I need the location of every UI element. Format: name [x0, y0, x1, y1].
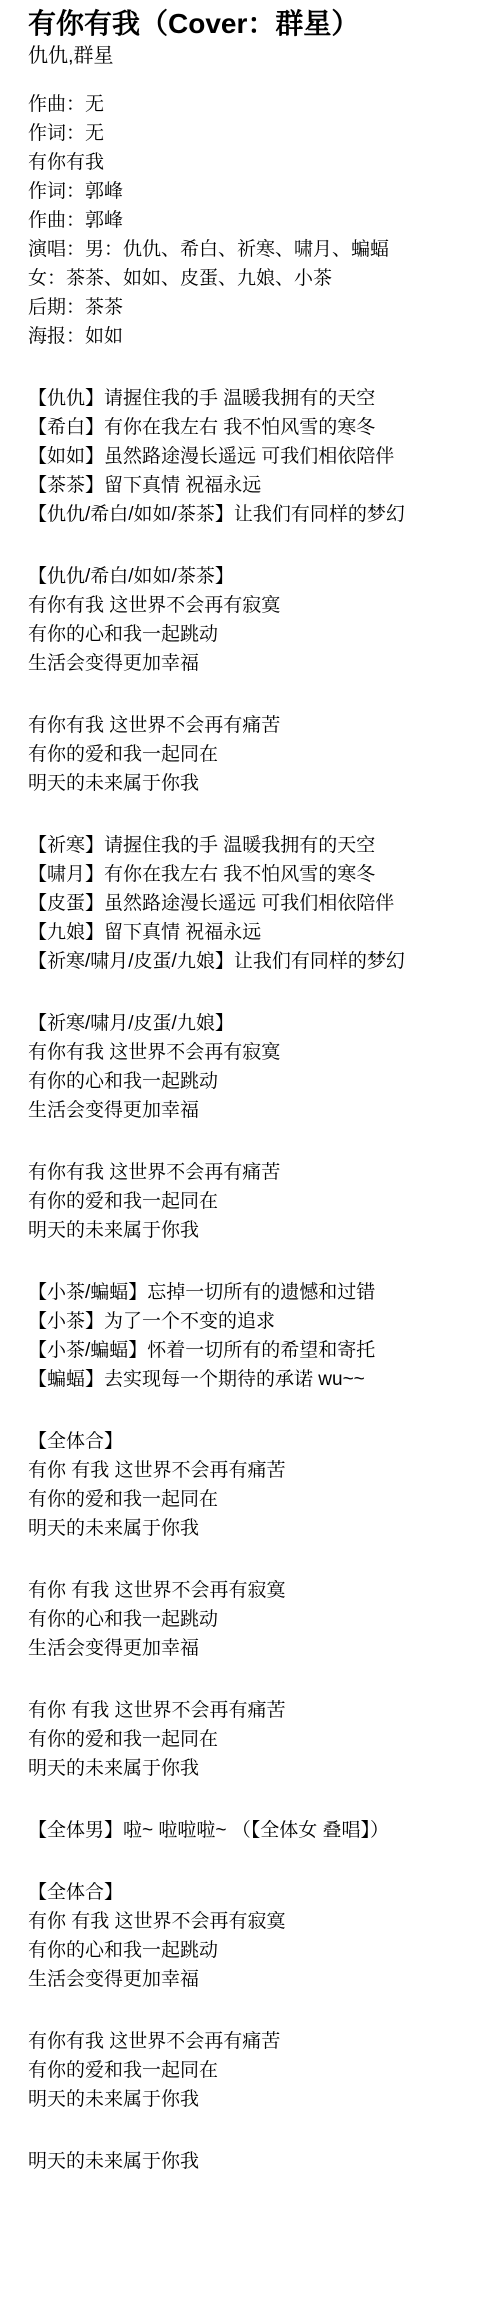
- credit-line: 有你有我: [28, 148, 480, 177]
- lyrics-stanza: 【全体男】啦~ 啦啦啦~ （【全体女 叠唱】）: [28, 1816, 480, 1845]
- lyrics-stanza: 【小茶/蝙蝠】忘掉一切所有的遗憾和过错【小茶】为了一个不变的追求【小茶/蝙蝠】怀…: [28, 1278, 480, 1394]
- lyric-line: 【仇仇/希白/如如/茶茶】让我们有同样的梦幻: [28, 500, 480, 529]
- lyric-line: 【仇仇/希白/如如/茶茶】: [28, 562, 480, 591]
- lyric-line: 【九娘】留下真情 祝福永远: [28, 918, 480, 947]
- lyrics-stanza: 【仇仇/希白/如如/茶茶】有你有我 这世界不会再有寂寞有你的心和我一起跳动生活会…: [28, 562, 480, 678]
- lyric-line: 明天的未来属于你我: [28, 1754, 480, 1783]
- lyric-line: 明天的未来属于你我: [28, 1216, 480, 1245]
- lyrics-stanza: 有你 有我 这世界不会再有痛苦有你的爱和我一起同在明天的未来属于你我: [28, 1696, 480, 1783]
- lyric-line: 【茶茶】留下真情 祝福永远: [28, 471, 480, 500]
- lyric-line: 【希白】有你在我左右 我不怕风雪的寒冬: [28, 413, 480, 442]
- lyric-line: 明天的未来属于你我: [28, 1514, 480, 1543]
- lyric-line: 有你的爱和我一起同在: [28, 1187, 480, 1216]
- lyrics-stanza: 有你 有我 这世界不会再有寂寞有你的心和我一起跳动生活会变得更加幸福: [28, 1576, 480, 1663]
- credit-line: 后期：茶茶: [28, 293, 480, 322]
- lyrics-body: 【仇仇】请握住我的手 温暖我拥有的天空【希白】有你在我左右 我不怕风雪的寒冬【如…: [28, 384, 480, 2176]
- lyric-line: 【如如】虽然路途漫长遥远 可我们相依陪伴: [28, 442, 480, 471]
- lyrics-stanza: 有你有我 这世界不会再有痛苦有你的爱和我一起同在明天的未来属于你我: [28, 1158, 480, 1245]
- lyric-line: 【全体合】: [28, 1427, 480, 1456]
- lyric-line: 【全体男】啦~ 啦啦啦~ （【全体女 叠唱】）: [28, 1816, 480, 1845]
- lyric-line: 【仇仇】请握住我的手 温暖我拥有的天空: [28, 384, 480, 413]
- lyrics-stanza: 【祈寒/啸月/皮蛋/九娘】有你有我 这世界不会再有寂寞有你的心和我一起跳动生活会…: [28, 1009, 480, 1125]
- lyric-line: 有你有我 这世界不会再有痛苦: [28, 1158, 480, 1187]
- lyrics-stanza: 有你有我 这世界不会再有痛苦有你的爱和我一起同在明天的未来属于你我: [28, 711, 480, 798]
- artist-line: 仇仇,群星: [28, 44, 480, 68]
- lyric-line: 有你的心和我一起跳动: [28, 1067, 480, 1096]
- lyrics-stanza: 明天的未来属于你我: [28, 2147, 480, 2176]
- lyric-line: 明天的未来属于你我: [28, 2085, 480, 2114]
- lyrics-stanza: 【祈寒】请握住我的手 温暖我拥有的天空【啸月】有你在我左右 我不怕风雪的寒冬【皮…: [28, 831, 480, 976]
- lyric-line: 明天的未来属于你我: [28, 2147, 480, 2176]
- lyric-line: 【小茶/蝙蝠】忘掉一切所有的遗憾和过错: [28, 1278, 480, 1307]
- lyric-line: 【小茶】为了一个不变的追求: [28, 1307, 480, 1336]
- lyrics-page: 有你有我（Cover：群星） 仇仇,群星 作曲：无作词：无有你有我作词：郭峰作曲…: [0, 0, 500, 2176]
- lyric-line: 【祈寒/啸月/皮蛋/九娘】让我们有同样的梦幻: [28, 947, 480, 976]
- credit-line: 女：茶茶、如如、皮蛋、九娘、小茶: [28, 264, 480, 293]
- lyric-line: 有你有我 这世界不会再有寂寞: [28, 1038, 480, 1067]
- lyric-line: 有你 有我 这世界不会再有寂寞: [28, 1576, 480, 1605]
- lyric-line: 【皮蛋】虽然路途漫长遥远 可我们相依陪伴: [28, 889, 480, 918]
- lyric-line: 生活会变得更加幸福: [28, 1096, 480, 1125]
- lyric-line: 【祈寒】请握住我的手 温暖我拥有的天空: [28, 831, 480, 860]
- credit-line: 作曲：无: [28, 90, 480, 119]
- credits-block: 作曲：无作词：无有你有我作词：郭峰作曲：郭峰演唱：男：仇仇、希白、祈寒、啸月、蝙…: [28, 90, 480, 351]
- lyric-line: 有你 有我 这世界不会再有痛苦: [28, 1456, 480, 1485]
- lyric-line: 有你的爱和我一起同在: [28, 2056, 480, 2085]
- credit-line: 作曲：郭峰: [28, 206, 480, 235]
- lyric-line: 有你 有我 这世界不会再有痛苦: [28, 1696, 480, 1725]
- page-title: 有你有我（Cover：群星）: [28, 6, 480, 42]
- credit-line: 作词：无: [28, 119, 480, 148]
- lyric-line: 【小茶/蝙蝠】怀着一切所有的希望和寄托: [28, 1336, 480, 1365]
- lyric-line: 有你有我 这世界不会再有痛苦: [28, 2027, 480, 2056]
- lyric-line: 有你的爱和我一起同在: [28, 1485, 480, 1514]
- lyric-line: 明天的未来属于你我: [28, 769, 480, 798]
- lyrics-stanza: 【仇仇】请握住我的手 温暖我拥有的天空【希白】有你在我左右 我不怕风雪的寒冬【如…: [28, 384, 480, 529]
- lyric-line: 有你的心和我一起跳动: [28, 1936, 480, 1965]
- lyric-line: 有你的爱和我一起同在: [28, 1725, 480, 1754]
- credit-line: 演唱：男：仇仇、希白、祈寒、啸月、蝙蝠: [28, 235, 480, 264]
- credit-line: 海报：如如: [28, 322, 480, 351]
- lyrics-stanza: 【全体合】有你 有我 这世界不会再有寂寞有你的心和我一起跳动生活会变得更加幸福: [28, 1878, 480, 1994]
- lyric-line: 有你的爱和我一起同在: [28, 740, 480, 769]
- lyric-line: 【祈寒/啸月/皮蛋/九娘】: [28, 1009, 480, 1038]
- lyric-line: 【啸月】有你在我左右 我不怕风雪的寒冬: [28, 860, 480, 889]
- lyric-line: 生活会变得更加幸福: [28, 1634, 480, 1663]
- lyric-line: 有你的心和我一起跳动: [28, 1605, 480, 1634]
- lyric-line: 有你有我 这世界不会再有痛苦: [28, 711, 480, 740]
- lyrics-stanza: 【全体合】有你 有我 这世界不会再有痛苦有你的爱和我一起同在明天的未来属于你我: [28, 1427, 480, 1543]
- lyric-line: 生活会变得更加幸福: [28, 649, 480, 678]
- lyric-line: 【全体合】: [28, 1878, 480, 1907]
- credit-line: 作词：郭峰: [28, 177, 480, 206]
- lyric-line: 有你有我 这世界不会再有寂寞: [28, 591, 480, 620]
- lyric-line: 有你 有我 这世界不会再有寂寞: [28, 1907, 480, 1936]
- lyric-line: 生活会变得更加幸福: [28, 1965, 480, 1994]
- lyrics-stanza: 有你有我 这世界不会再有痛苦有你的爱和我一起同在明天的未来属于你我: [28, 2027, 480, 2114]
- lyric-line: 【蝙蝠】去实现每一个期待的承诺 wu~~: [28, 1365, 480, 1394]
- lyric-line: 有你的心和我一起跳动: [28, 620, 480, 649]
